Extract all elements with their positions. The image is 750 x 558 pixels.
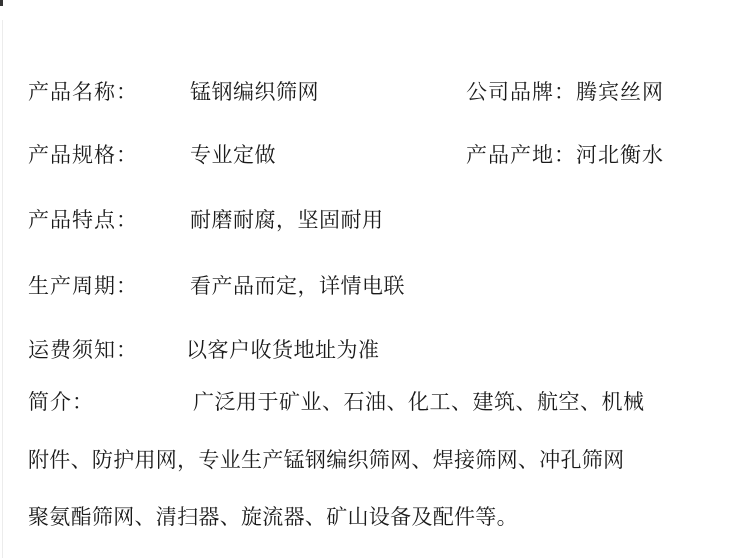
spec-brand: 公司品牌：腾宾丝网 [466, 75, 664, 109]
spec-value: 专业定做 [190, 138, 276, 172]
spec-value-brand: 腾宾丝网 [576, 80, 664, 104]
spec-label-origin: 产品产地： [466, 143, 576, 167]
spec-value: 看产品而定，详情电联 [190, 269, 405, 303]
spec-value-origin: 河北衡水 [576, 143, 664, 167]
spec-label: 运费须知： [28, 333, 138, 367]
spec-row-product-size: 产品规格： 专业定做 产品产地：河北衡水 [0, 138, 750, 172]
intro-line: 广泛用于矿业、石油、化工、建筑、航空、机械 [193, 385, 645, 419]
intro-first-line: 简介： 广泛用于矿业、石油、化工、建筑、航空、机械 [0, 385, 750, 419]
corner-mark [0, 0, 3, 6]
spec-value: 以客户收货地址为准 [186, 333, 380, 367]
intro-label: 简介： [28, 385, 94, 419]
spec-label: 产品规格： [28, 138, 138, 172]
spec-label: 产品特点： [28, 203, 138, 237]
spec-origin: 产品产地：河北衡水 [466, 138, 664, 172]
spec-row-product-name: 产品名称： 锰钢编织筛网 公司品牌：腾宾丝网 [0, 75, 750, 109]
spec-row-features: 产品特点： 耐磨耐腐，坚固耐用 [0, 203, 750, 237]
spec-row-shipping: 运费须知： 以客户收货地址为准 [0, 333, 750, 367]
intro-line: 聚氨酯筛网、清扫器、旋流器、矿山设备及配件等。 [28, 500, 518, 534]
spec-label-brand: 公司品牌： [466, 80, 576, 104]
spec-value: 耐磨耐腐，坚固耐用 [190, 203, 384, 237]
spec-row-production-cycle: 生产周期： 看产品而定，详情电联 [0, 269, 750, 303]
intro-line: 附件、防护用网，专业生产锰钢编织筛网、焊接筛网、冲孔筛网 [28, 443, 624, 477]
spec-value: 锰钢编织筛网 [190, 75, 319, 109]
spec-label: 生产周期： [28, 269, 138, 303]
spec-label: 产品名称： [28, 75, 138, 109]
